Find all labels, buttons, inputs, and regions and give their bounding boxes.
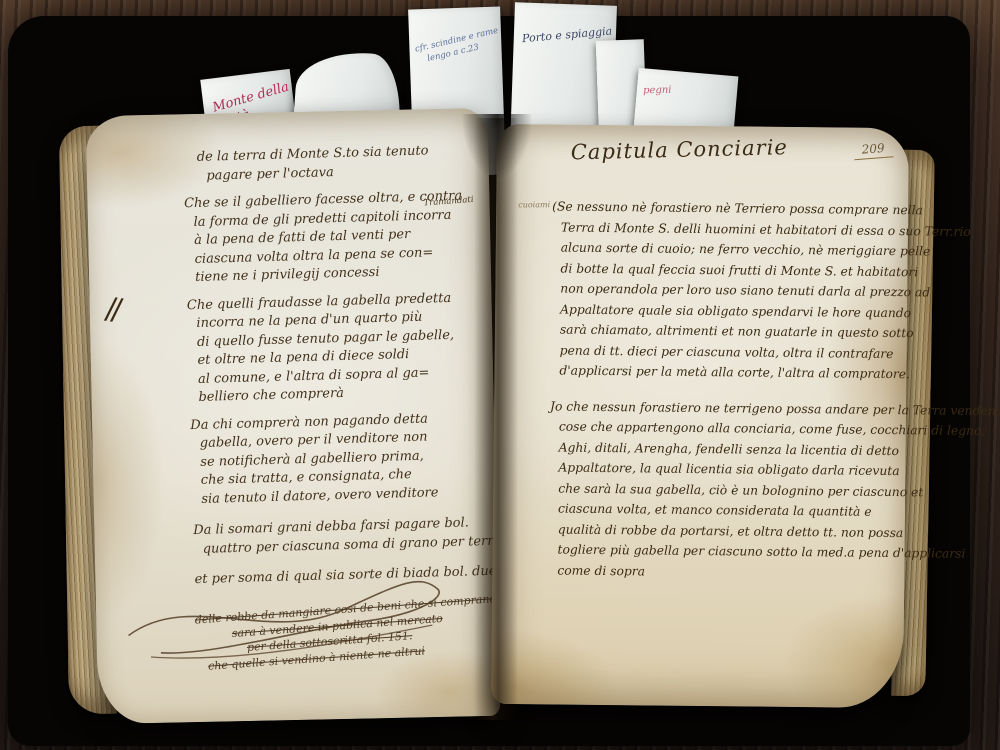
manuscript-line: (Se nessuno nè forastiero nè Terriero po… xyxy=(552,196,902,220)
page-heading: Capitula Conciarie xyxy=(571,135,789,164)
manuscript-right-page: Capitula Conciarie 209 cuoiami (Se nessu… xyxy=(491,124,909,708)
manuscript-line: d'applicarsi per la metà alla corte, l'a… xyxy=(559,361,900,385)
manuscript-line: sarà chiamato, altrimenti et non guatarl… xyxy=(560,320,901,344)
manuscript-line: cose che appartengono alla conciaria, co… xyxy=(559,417,900,441)
paragraph: Da li somari grani debba farsi pagare bo… xyxy=(193,514,490,559)
struck-out-paragraph: delle robbe da mangiare cosi de beni che… xyxy=(194,591,494,674)
paragraph: Da chi comprerà non pagando dettagabella… xyxy=(190,408,488,509)
folio-number: 209 xyxy=(853,140,893,160)
manuscript-left-page: de la terra di Monte S.to sia tenutopaga… xyxy=(86,108,501,724)
margin-note-cuoiami: cuoiami xyxy=(518,200,550,209)
manuscript-line: alcuna sorte di cuoio; ne ferro vecchio,… xyxy=(561,238,902,262)
paragraph: et per soma di qual sia sorte di biada b… xyxy=(194,563,490,590)
manuscript-line: come di sopra xyxy=(557,560,898,584)
manuscript-line: et per soma di qual sia sorte di biada b… xyxy=(194,563,490,590)
bookmark-tab-label: cfr. scindine e rame lengo a c.23 xyxy=(414,25,503,68)
correction-slash-marks: ∕∕ xyxy=(103,291,120,327)
paragraph: Jo che nessun forastiero ne terrigeno po… xyxy=(548,396,900,584)
right-page-text-column: (Se nessuno nè forastiero nè Terriero po… xyxy=(548,196,902,599)
paragraph: (Se nessuno nè forastiero nè Terriero po… xyxy=(550,196,902,384)
photo-of-open-manuscript: { "scene": { "description": "Photograph … xyxy=(0,0,1000,750)
manuscript-line: Appaltatore, la qual licentia sia obliga… xyxy=(558,458,899,482)
manuscript-line: ciascuna volta, et manco considerata la … xyxy=(558,499,899,523)
manuscript-line: non operandola per loro uso siano tenuti… xyxy=(560,279,901,303)
left-page-text-column: de la terra di Monte S.to sia tenutopaga… xyxy=(183,141,493,668)
bookmark-tab-label: pegni xyxy=(643,84,737,97)
paragraph: Che quelli fraudasse la gabella predetta… xyxy=(187,288,486,407)
paragraph: de la terra di Monte S.to sia tenutopaga… xyxy=(197,141,480,186)
manuscript-line: togliere più gabella per ciascuno sotto … xyxy=(557,540,898,564)
